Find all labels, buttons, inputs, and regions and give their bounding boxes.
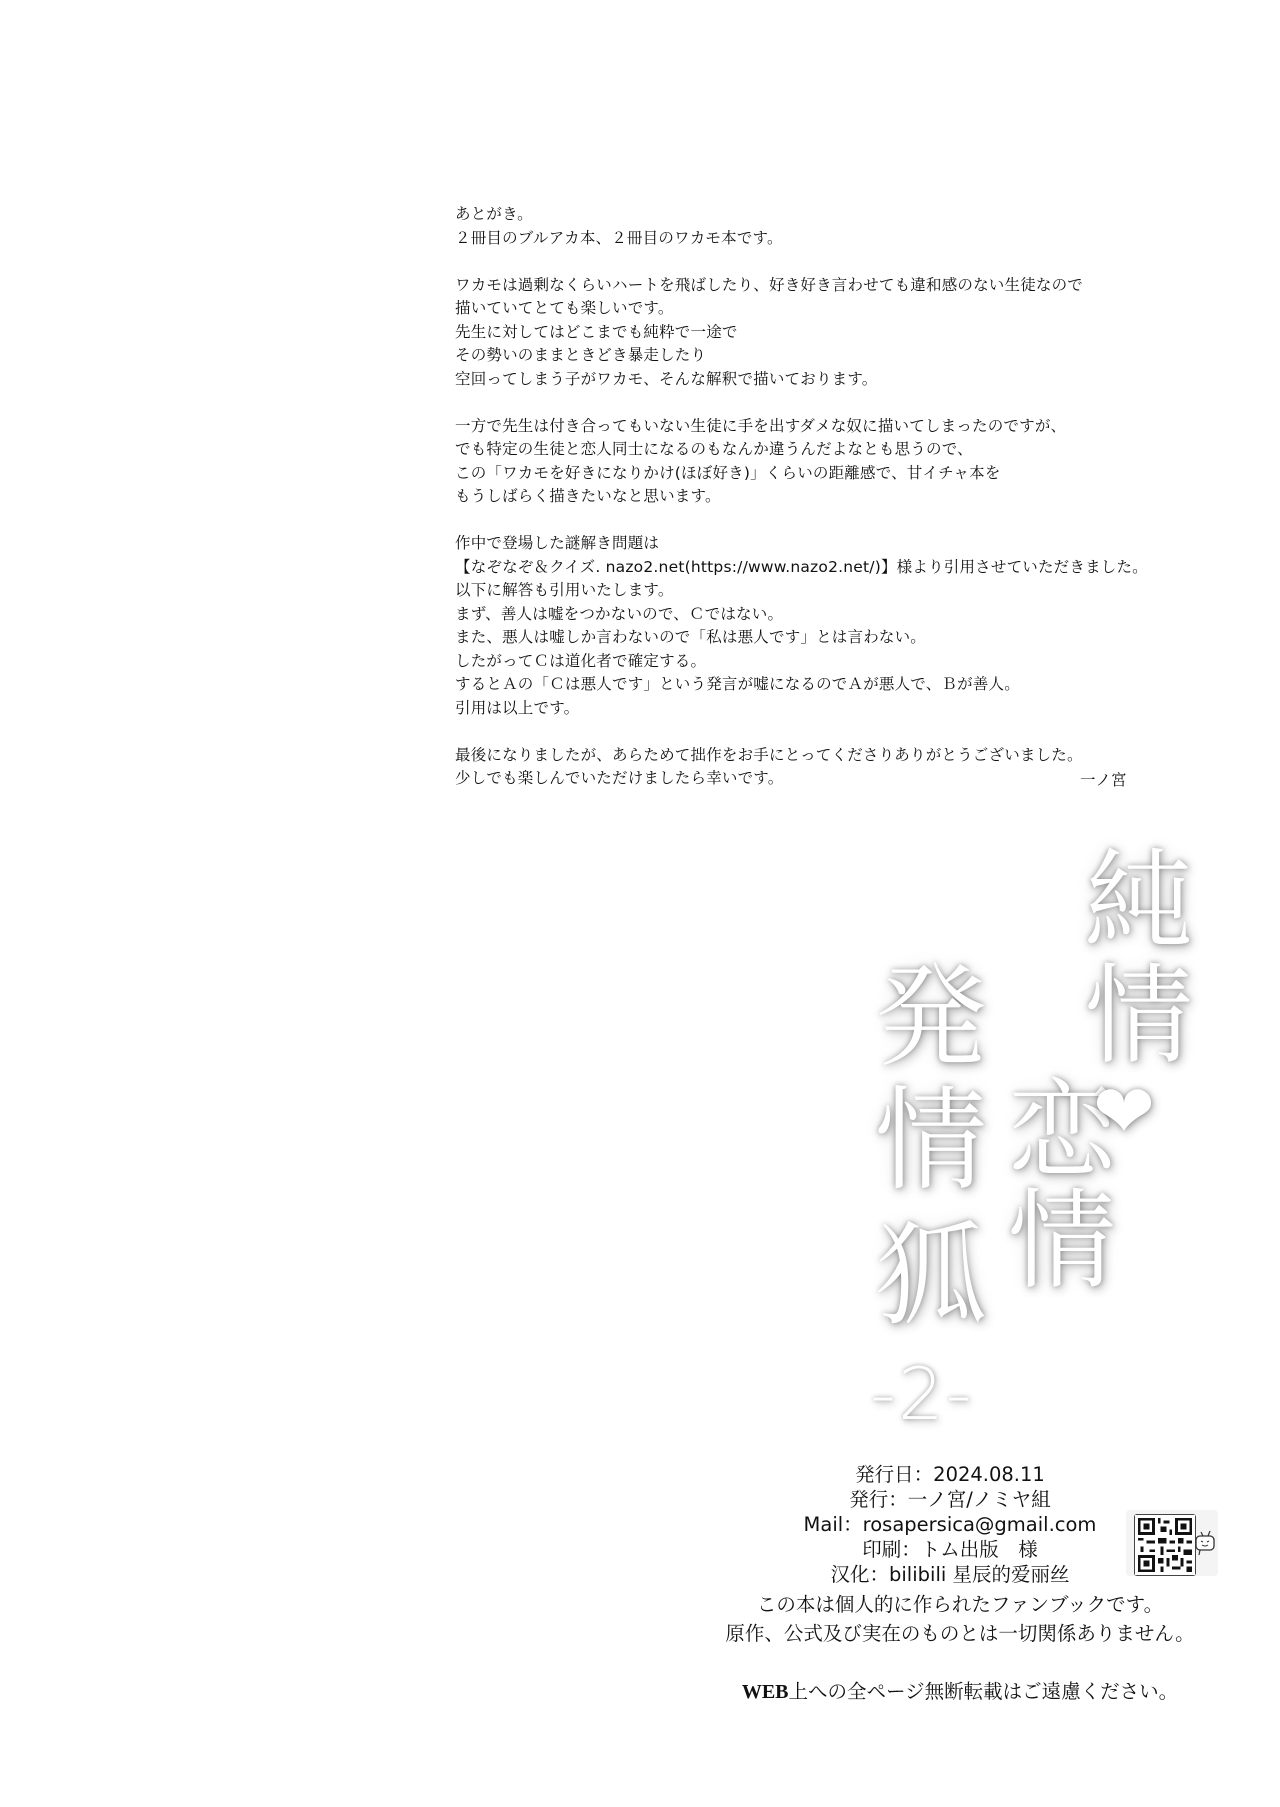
title-char: 情 <box>1085 963 1193 1071</box>
author-signature: 一ノ宮 <box>1080 768 1127 790</box>
afterword-paragraph-2: ワカモは過剰なくらいハートを飛ばしたり、好き好き言わせても違和感のない生徒なので… <box>455 274 1215 392</box>
afterword-line: 作中で登場した謎解き問題は <box>455 532 1215 556</box>
afterword-paragraph-3: 一方で先生は付き合ってもいない生徒に手を出すダメな奴に描いてしまったのですが、 … <box>455 415 1215 509</box>
afterword-line: したがってＣは道化者で確定する。 <box>455 650 1215 674</box>
qr-badge <box>1126 1510 1218 1576</box>
heart-icon: ❤ <box>1093 1075 1155 1149</box>
colophon: 発行日：2024.08.11 発行：一ノ宮/ノミヤ組 Mail：rosapers… <box>770 1462 1130 1587</box>
mail-address: Mail：rosapersica@gmail.com <box>770 1512 1130 1537</box>
volume-number: -2- <box>870 1358 974 1430</box>
afterword-paragraph-1: あとがき。 ２冊目のブルアカ本、２冊目のワカモ本です。 <box>455 203 1215 250</box>
bilibili-tv-icon <box>1194 1528 1216 1558</box>
title-char: 情 <box>1008 1188 1116 1296</box>
afterword-line: 【なぞなぞ＆クイズ. nazo2.net(https://www.nazo2.n… <box>455 556 1215 580</box>
afterword-line: また、悪人は嘘しか言わないので「私は悪人です」とは言わない。 <box>455 626 1215 650</box>
afterword-line: あとがき。 <box>455 203 1215 227</box>
afterword-line: まず、善人は嘘をつかないので、Ｃではない。 <box>455 603 1215 627</box>
afterword: あとがき。 ２冊目のブルアカ本、２冊目のワカモ本です。 ワカモは過剰なくらいハー… <box>455 203 1215 814</box>
publisher: 発行：一ノ宮/ノミヤ組 <box>770 1487 1130 1512</box>
afterword-line: 引用は以上です。 <box>455 697 1215 721</box>
reprint-prohibition-notice: WEB上への全ページ無断転載はご遠慮ください。 <box>690 1676 1230 1704</box>
translator-credit: 汉化：bilibili 星辰的爱丽丝 <box>770 1562 1130 1587</box>
afterword-line: この「ワカモを好きになりかけ(ほぼ好き)」くらいの距離感で、甘イチャ本を <box>455 462 1215 486</box>
title-char: 狐 <box>875 1220 987 1332</box>
afterword-line: するとＡの「Ｃは悪人です」という発言が嘘になるのでＡが悪人で、Ｂが善人。 <box>455 673 1215 697</box>
printer: 印刷：トム出版 様 <box>770 1537 1130 1562</box>
afterword-line: その勢いのままときどき暴走したり <box>455 344 1215 368</box>
afterword-line: 最後になりましたが、あらためて拙作をお手にとってくださりありがとうございました。 <box>455 744 1215 768</box>
web-label: WEB <box>742 1681 789 1703</box>
title-char: 発 <box>875 962 987 1074</box>
afterword-line: ２冊目のブルアカ本、２冊目のワカモ本です。 <box>455 227 1215 251</box>
disclaimer-line: 原作、公式及び実在のものとは一切関係ありません。 <box>690 1619 1230 1648</box>
afterword-line: 以下に解答も引用いたします。 <box>455 579 1215 603</box>
afterword-line: 空回ってしまう子がワカモ、そんな解釈で描いております。 <box>455 368 1215 392</box>
afterword-paragraph-4: 作中で登場した謎解き問題は 【なぞなぞ＆クイズ. nazo2.net(https… <box>455 532 1215 720</box>
afterword-line: ワカモは過剰なくらいハートを飛ばしたり、好き好き言わせても違和感のない生徒なので <box>455 274 1215 298</box>
title-char: 純 <box>1085 848 1193 956</box>
afterword-line: でも特定の生徒と恋人同士になるのもなんか違うんだよなとも思うので、 <box>455 438 1215 462</box>
afterword-line: もうしばらく描きたいなと思います。 <box>455 485 1215 509</box>
fanbook-disclaimer: この本は個人的に作られたファンブックです。 原作、公式及び実在のものとは一切関係… <box>690 1590 1230 1648</box>
title-char: 恋 <box>1008 1078 1116 1186</box>
disclaimer-line: この本は個人的に作られたファンブックです。 <box>690 1590 1230 1619</box>
publish-date: 発行日：2024.08.11 <box>770 1462 1130 1487</box>
qr-code-icon <box>1134 1514 1196 1576</box>
reprint-text: 上への全ページ無断転載はご遠慮ください。 <box>789 1680 1179 1703</box>
afterword-line: 描いていてとても楽しいです。 <box>455 297 1215 321</box>
afterword-line: 先生に対してはどこまでも純粋で一途で <box>455 321 1215 345</box>
afterword-line: 一方で先生は付き合ってもいない生徒に手を出すダメな奴に描いてしまったのですが、 <box>455 415 1215 439</box>
title-char: 情 <box>875 1085 987 1197</box>
